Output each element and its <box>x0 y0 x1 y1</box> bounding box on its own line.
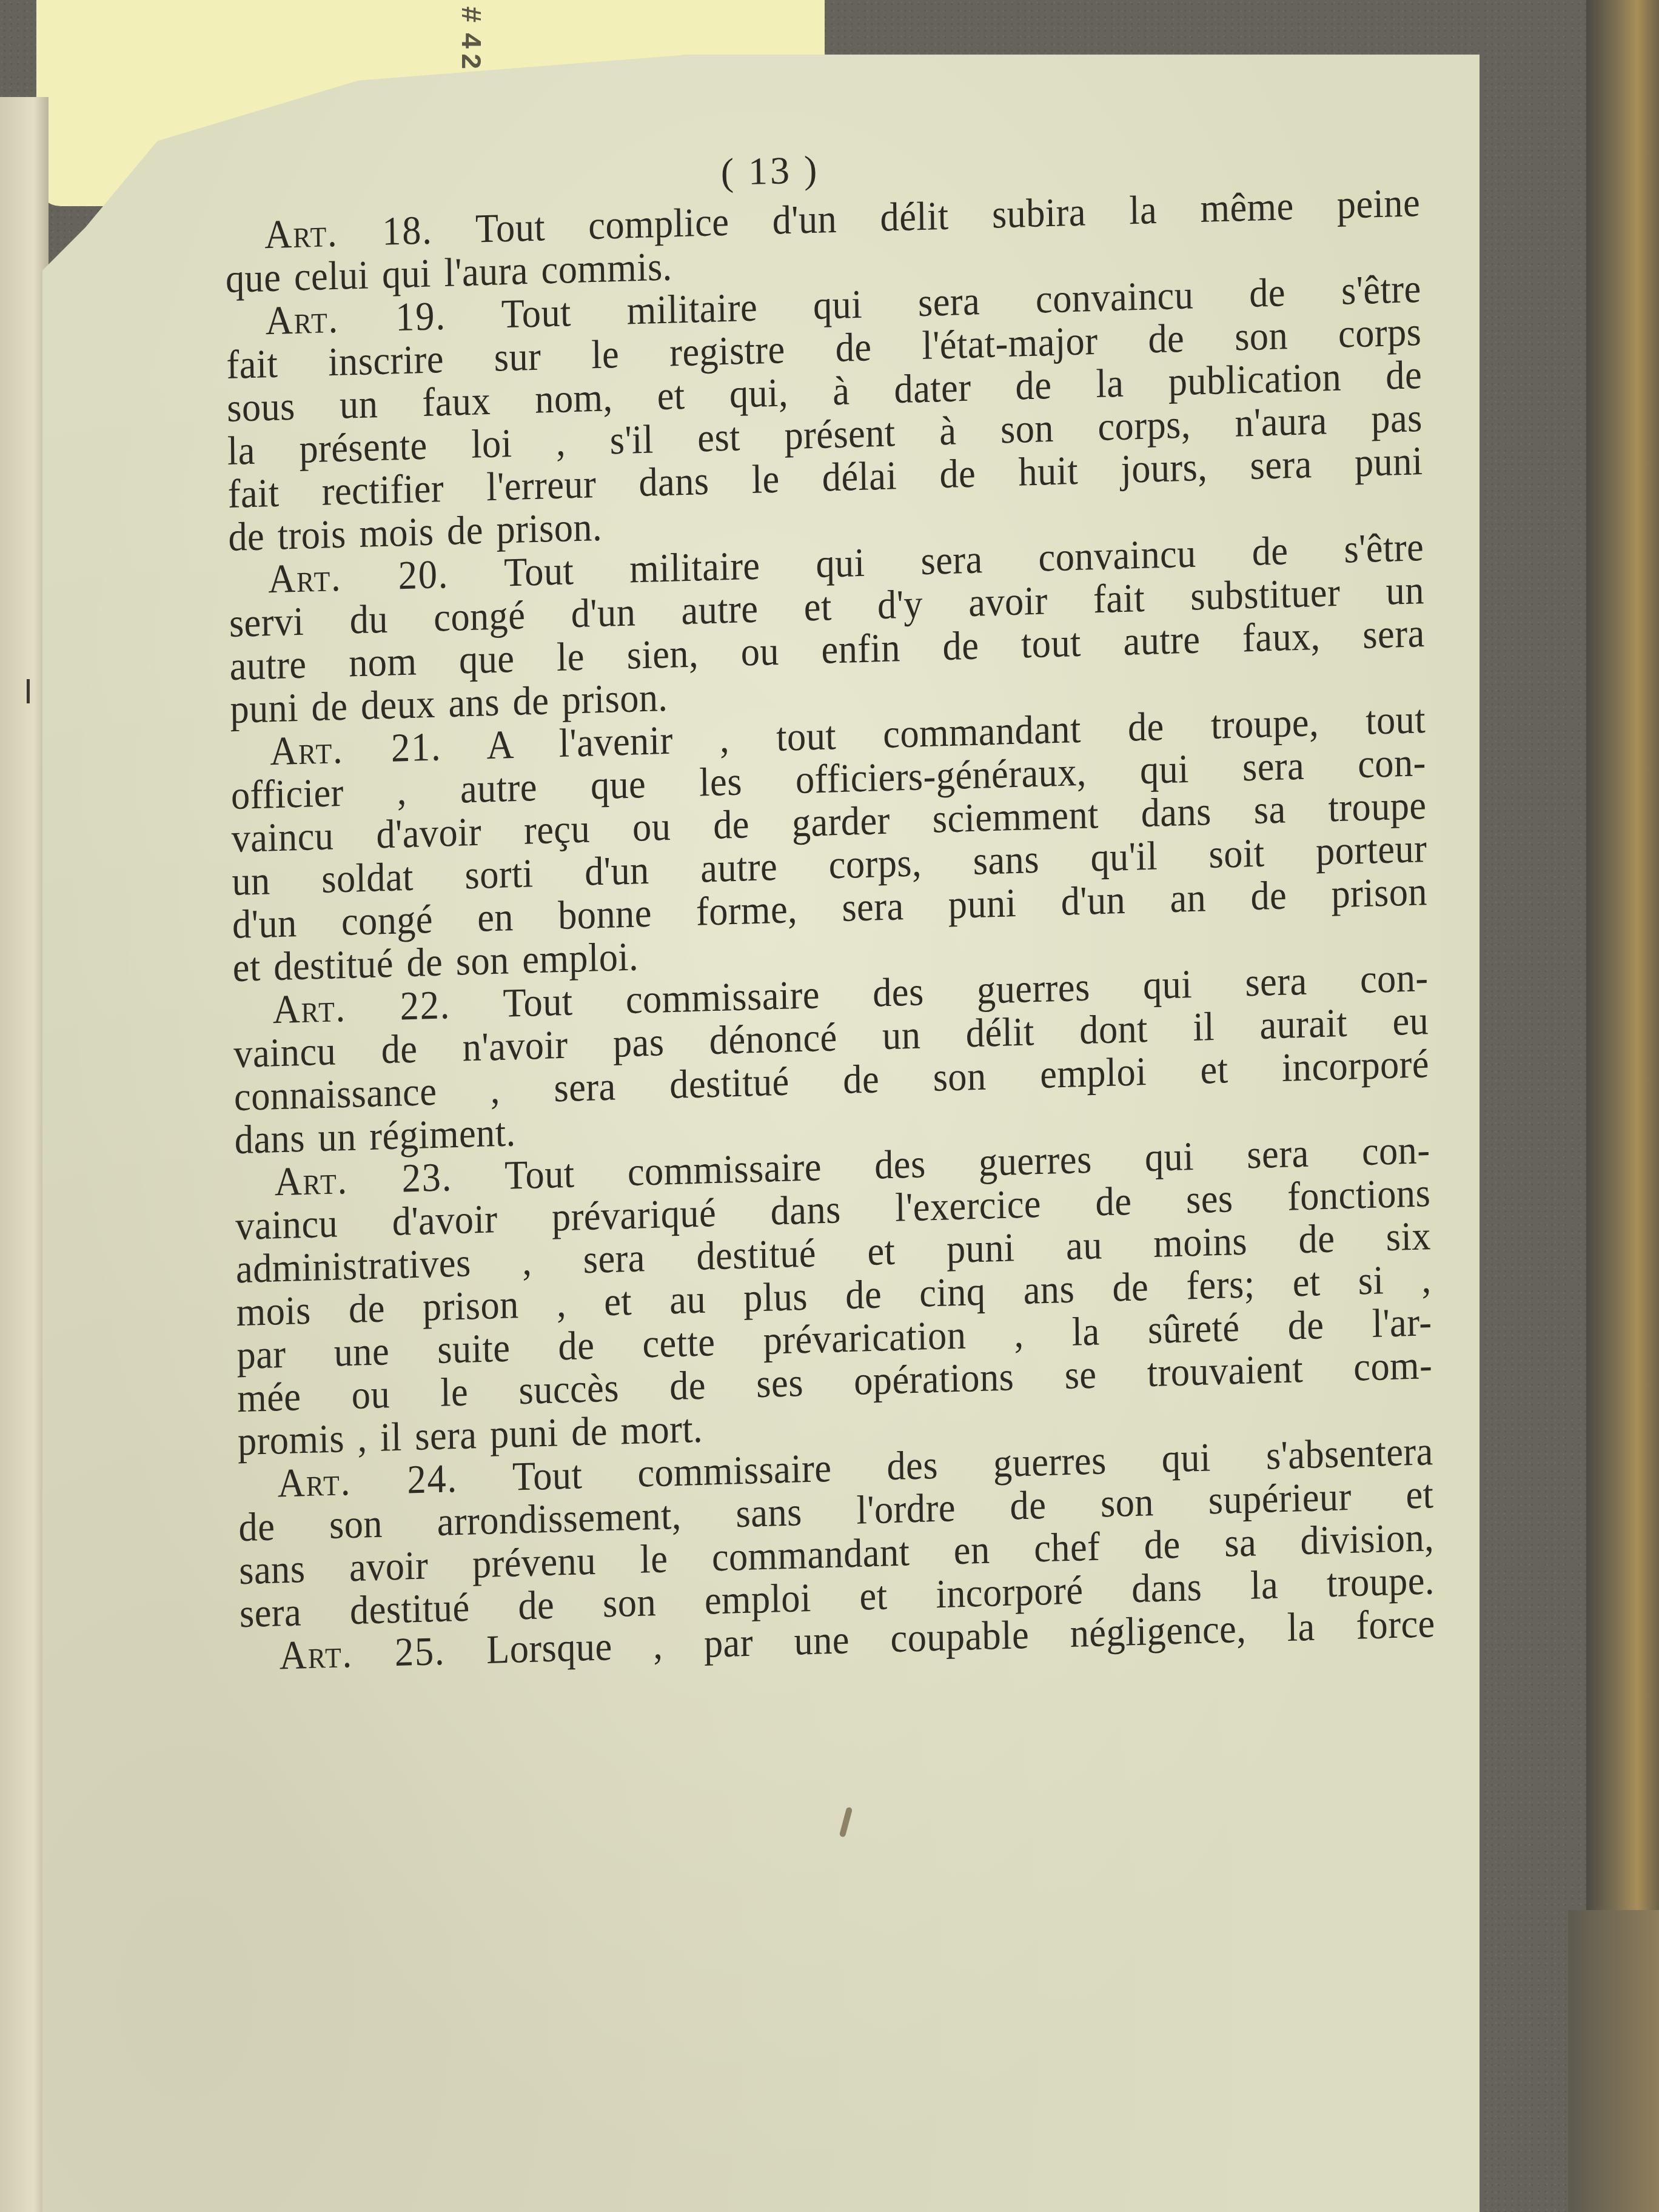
article-21: Art. 21. A l'avenir , tout commandant de… <box>230 698 1433 990</box>
article-label: Art. 21. <box>270 724 442 774</box>
article-20: Art. 20. Tout militaire qui sera convain… <box>229 526 1430 731</box>
call-number-fragment: 42 <box>454 33 485 73</box>
article-label: Art. 19. <box>265 293 446 343</box>
book-cover-corner <box>1568 1910 1659 2212</box>
facing-page-edge <box>0 97 49 2212</box>
page-text-block: ( 13 ) Art. 18. Tout complice d'un délit… <box>224 130 1440 1679</box>
facing-page-mark <box>27 679 36 703</box>
article-19: Art. 19. Tout militaire qui sera convain… <box>226 267 1429 559</box>
article-23: Art. 23. Tout commissaire des guerres qu… <box>235 1128 1438 1463</box>
article-label: Art. 18. <box>264 207 433 257</box>
article-label: Art. 23. <box>274 1155 452 1204</box>
ink-smudge <box>839 1807 853 1838</box>
article-label: Art. 25. <box>279 1629 445 1678</box>
article-24: Art. 24. Tout commissaire des guerres qu… <box>238 1430 1439 1635</box>
article-22: Art. 22. Tout commissaire des guerres qu… <box>233 956 1435 1162</box>
book-page: ( 13 ) Art. 18. Tout complice d'un délit… <box>42 55 1480 2212</box>
call-number-fragment: # <box>454 6 485 27</box>
article-label: Art. 20. <box>268 552 449 602</box>
article-label: Art. 24. <box>277 1456 458 1506</box>
article-label: Art. 22. <box>272 982 451 1032</box>
book-cover-edge <box>1586 0 1659 2212</box>
